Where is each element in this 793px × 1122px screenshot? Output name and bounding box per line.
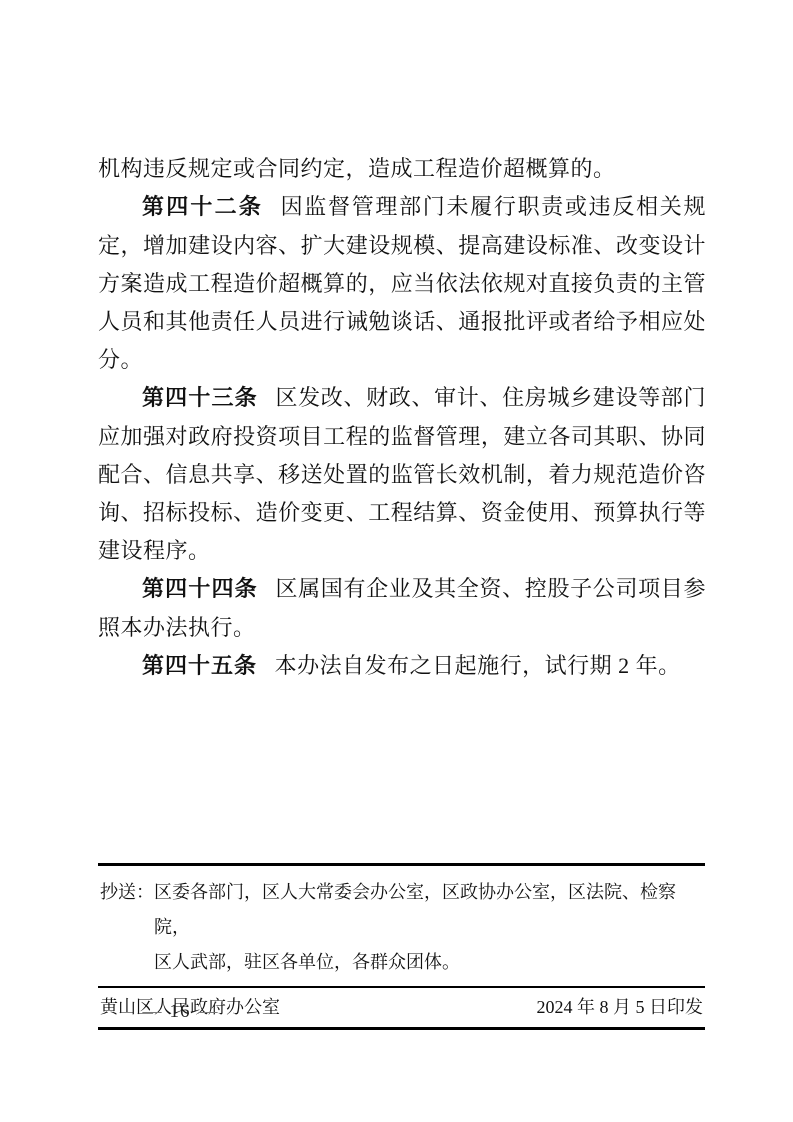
copy-to-line-1: 区委各部门，区人大常委会办公室，区政协办公室，区法院、检察院， [154, 882, 676, 937]
page-number-dash-right: — [191, 1001, 226, 1022]
print-date: 2024 年 8 月 5 日印发 [537, 995, 704, 1019]
document-page: { "body": { "paragraphs": [ { "label": "… [0, 0, 793, 1122]
paragraph-article-45: 第四十五条本办法自发布之日起施行，试行期 2 年。 [98, 647, 706, 686]
paragraph-text: 机构违反规定或合同约定，造成工程造价超概算的。 [98, 156, 616, 181]
article-number-label: 第四十二条 [142, 195, 263, 220]
paragraph-text: 区发改、财政、审计、住房城乡建设等部门应加强对政府投资项目工程的监督管理，建立各… [98, 385, 706, 563]
paragraph-text: 因监督管理部门未履行职责或违反相关规定，增加建设内容、扩大建设规模、提高建设标准… [98, 194, 706, 372]
paragraph-article-42: 第四十二条因监督管理部门未履行职责或违反相关规定，增加建设内容、扩大建设规模、提… [98, 188, 706, 379]
article-number-label: 第四十五条 [142, 654, 257, 679]
colophon-bottom-rule [98, 1027, 705, 1030]
paragraph-article-43: 第四十三条区发改、财政、审计、住房城乡建设等部门应加强对政府投资项目工程的监督管… [98, 379, 706, 570]
paragraph-continuation: 机构违反规定或合同约定，造成工程造价超概算的。 [98, 150, 706, 188]
page-number-value: 16 [170, 1001, 191, 1022]
article-number-label: 第四十三条 [142, 386, 258, 411]
page-number-dash-left: — [135, 1001, 170, 1022]
copy-to-lines: 区委各部门，区人大常委会办公室，区政协办公室，区法院、检察院， 区人武部，驻区各… [154, 875, 703, 980]
article-number-label: 第四十四条 [142, 577, 258, 602]
copy-to-line-2: 区人武部，驻区各单位，各群众团体。 [154, 952, 460, 972]
document-body: 机构违反规定或合同约定，造成工程造价超概算的。 第四十二条因监督管理部门未履行职… [98, 150, 706, 686]
paragraph-article-44: 第四十四条区属国有企业及其全资、控股子公司项目参照本办法执行。 [98, 570, 706, 647]
page-number: —16— [118, 1000, 242, 1024]
paragraph-text: 本办法自发布之日起施行，试行期 2 年。 [275, 653, 681, 678]
copy-to-label: 抄送： [100, 875, 154, 910]
copy-to-section: 抄送： 区委各部门，区人大常委会办公室，区政协办公室，区法院、检察院， 区人武部… [98, 866, 705, 986]
